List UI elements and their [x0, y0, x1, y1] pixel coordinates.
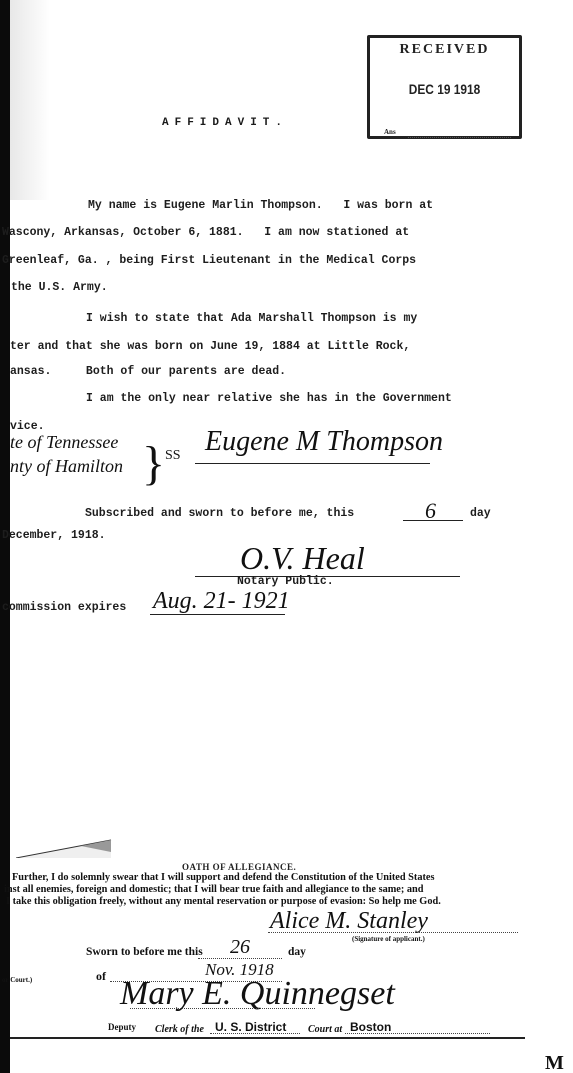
court-city: Boston — [350, 1020, 391, 1034]
clerk-signature-line — [130, 1008, 315, 1009]
affidavit-line: Greenleaf, Ga. , being First Lieutenant … — [2, 254, 416, 267]
received-stamp: RECEIVED DEC 19 1918 Ans — [367, 35, 522, 139]
stamp-title: RECEIVED — [370, 42, 519, 58]
document-title: AFFIDAVIT. — [162, 117, 288, 129]
venue-brace: } — [142, 440, 165, 488]
venue-county: nty of Hamilton — [10, 456, 123, 477]
affidavit-line: ansas. Both of our parents are dead. — [10, 365, 286, 378]
sworn-label: Sworn to before me this — [86, 946, 203, 958]
applicant-signature-line — [268, 932, 518, 933]
oath-line: I take this obligation freely, without a… — [0, 896, 525, 908]
court-city-line — [345, 1033, 490, 1034]
affiant-signature-line — [195, 463, 430, 464]
subscribed-day-label: day — [470, 507, 491, 520]
applicant-label: (Signature of applicant.) — [352, 935, 425, 943]
corner-mark: M — [545, 1052, 564, 1073]
affiant-signature: Eugene M Thompson — [205, 426, 443, 458]
affidavit-line: Wascony, Arkansas, October 6, 1881. I am… — [2, 226, 409, 239]
month-year: December, 1918. — [2, 529, 106, 542]
affidavit-line: I am the only near relative she has in t… — [86, 392, 452, 405]
court-name-line — [210, 1033, 300, 1034]
court-label: or Court.) — [2, 976, 32, 984]
commission-date: Aug. 21- 1921 — [153, 588, 290, 615]
commission-label: commission expires — [2, 601, 126, 614]
deputy-label: Deputy — [108, 1022, 136, 1032]
court-word: Court at — [308, 1024, 342, 1035]
court-name: U. S. District — [215, 1020, 286, 1034]
oath-line: Further, I do solemnly swear that I will… — [0, 872, 525, 884]
clerk-label: Clerk of the — [155, 1024, 204, 1035]
scan-shadow — [10, 0, 50, 200]
paper-corner-fold — [16, 838, 116, 858]
subscribed-text: Subscribed and sworn to before me, this — [85, 507, 354, 520]
affidavit-line: the U.S. Army. — [11, 281, 108, 294]
subscribed-day: 6 — [425, 498, 436, 524]
of-label: of — [96, 969, 106, 984]
oath-title: OATH OF ALLEGIANCE. — [182, 862, 296, 872]
affidavit-line: My name is Eugene Marlin Thompson. I was… — [88, 199, 433, 212]
stamp-date: DEC 19 1918 — [381, 81, 508, 97]
stamp-ans-line — [408, 137, 511, 138]
sworn-day-label: day — [288, 946, 306, 958]
sworn-day: 26 — [230, 936, 250, 959]
ss-label: SS — [165, 448, 181, 464]
applicant-signature: Alice M. Stanley — [270, 908, 428, 935]
venue-state: te of Tennessee — [10, 432, 118, 453]
affidavit-line: ter and that she was born on June 19, 18… — [10, 340, 410, 353]
notary-label: Notary Public. — [237, 575, 334, 588]
oath-bottom-rule — [10, 1037, 525, 1039]
affidavit-line: I wish to state that Ada Marshall Thomps… — [86, 312, 417, 325]
oath-text: Further, I do solemnly swear that I will… — [0, 872, 525, 908]
stamp-ans-label: Ans — [384, 128, 396, 136]
oath-line: inst all enemies, foreign and domestic; … — [0, 884, 525, 896]
notary-signature: O.V. Heal — [240, 540, 365, 577]
